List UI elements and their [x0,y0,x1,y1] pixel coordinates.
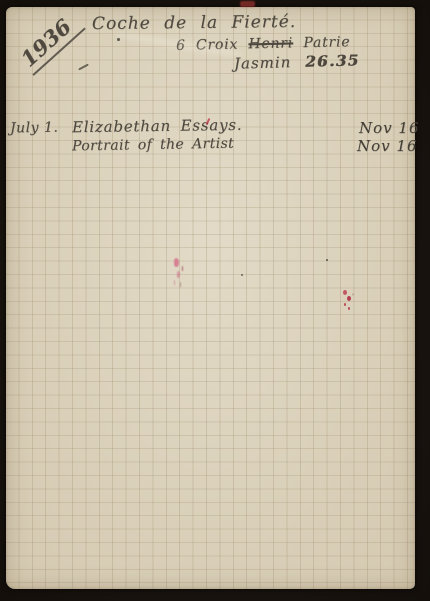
pencil-dot-mark [117,38,120,41]
loan-row-2-title: Portrait of the Artist [72,136,234,155]
address-suffix: Patrie [303,34,350,51]
loan-row-1-title: Elizabethan Essays. [72,116,243,136]
year-annotation: 1936 [14,7,86,76]
dark-speck-2 [241,274,243,276]
address-prefix: 6 Croix [176,37,238,54]
ink-stain-left [174,258,179,267]
member-name: Coche de la Fierté. [92,12,296,34]
ink-stain-right [343,290,347,295]
address-struck-word: Henri [248,35,293,52]
loan-row-2-return-date: Nov 16 [357,137,418,155]
scan-background: { "scan": { "background_color": "#17120e… [0,0,430,601]
member-phone: Jasmin 26.35 [234,51,360,72]
dark-speck-1 [326,259,328,261]
phone-number: 26.35 [305,51,360,70]
lending-card: 1936 Coche de la Fierté. 6 Croix Henri P… [6,7,415,589]
pencil-dash-mark [78,64,89,71]
phone-exchange: Jasmin [234,53,292,72]
member-address: 6 Croix Henri Patrie [176,34,351,54]
loan-row-1-return-date: Nov 16 [359,119,420,137]
loan-row-1-date: July 1. [10,120,59,137]
